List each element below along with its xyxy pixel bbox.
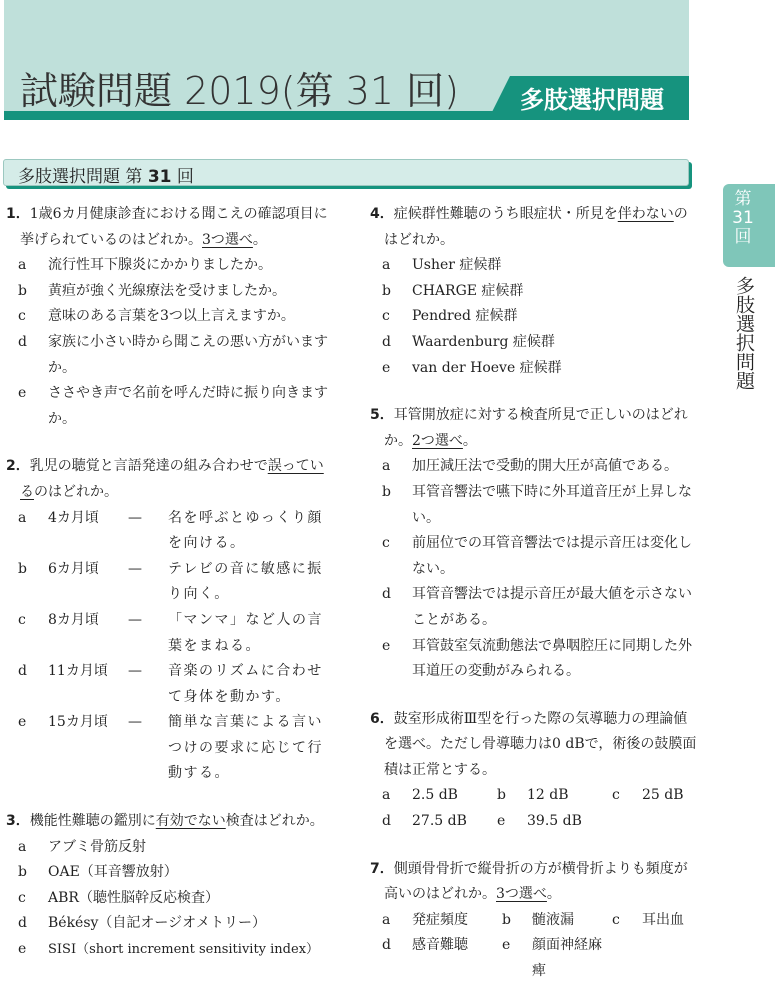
question-number: 5． bbox=[370, 407, 394, 423]
choice-text: 簡単な言葉による言いつけの要求に応じて行動する。 bbox=[168, 710, 336, 787]
choice: c耳出血 bbox=[612, 908, 712, 934]
choice-text: 名を呼ぶとゆっくり顔を向ける。 bbox=[168, 506, 336, 557]
choice-text: 家族に小さい時から聞こえの悪い方がいますか。 bbox=[48, 330, 336, 381]
question-stem: 3．機能性難聴の鑑別に有効でない検査はどれか。 bbox=[6, 809, 336, 835]
choice-letter: d bbox=[382, 582, 412, 633]
choice-text: 2.5 dB bbox=[412, 783, 458, 809]
choice-letter: e bbox=[18, 710, 48, 787]
choice-dash: — bbox=[128, 659, 168, 710]
choice: b6カ月頃—テレビの音に敏感に振り向く。 bbox=[18, 557, 336, 608]
choice: bCHARGE 症候群 bbox=[382, 279, 700, 305]
choice: d11カ月頃—音楽のリズムに合わせて身体を動かす。 bbox=[18, 659, 336, 710]
choice-letter: b bbox=[18, 279, 48, 305]
stem-text-end: 検査はどれか。 bbox=[226, 813, 324, 829]
choice-text: 発症頻度 bbox=[412, 908, 468, 934]
choice-dash: — bbox=[128, 608, 168, 659]
stem-emphasis: 有効でない bbox=[156, 813, 226, 829]
choice: cPendred 症候群 bbox=[382, 304, 700, 330]
choice: e耳管鼓室気流動態法で鼻咽腔圧に同期した外耳道圧の変動がみられる。 bbox=[382, 634, 700, 685]
choice-text: SISI（short increment sensitivity index） bbox=[48, 937, 336, 963]
choice-age: 4カ月頃 bbox=[48, 506, 128, 557]
stem-text: 鼓室形成術Ⅲ型を行った際の気導聴力の理論値を選べ。ただし骨導聴力は0 dBで，術… bbox=[384, 711, 696, 778]
choice-age: 8カ月頃 bbox=[48, 608, 128, 659]
choice-letter: d bbox=[18, 330, 48, 381]
choice-letter: c bbox=[612, 783, 642, 809]
choice: eSISI（short increment sensitivity index） bbox=[18, 937, 336, 963]
choice-text: 音楽のリズムに合わせて身体を動かす。 bbox=[168, 659, 336, 710]
question-3: 3．機能性難聴の鑑別に有効でない検査はどれか。 aアブミ骨筋反射 bOAE（耳音… bbox=[6, 809, 336, 963]
choice-text: Usher 症候群 bbox=[412, 253, 700, 279]
choice: aUsher 症候群 bbox=[382, 253, 700, 279]
choice-letter: b bbox=[497, 783, 527, 809]
section-heading: 多肢選択問題 第 31 回 bbox=[18, 162, 194, 187]
stem-text-end: 。 bbox=[253, 232, 267, 248]
choice-text: 27.5 dB bbox=[412, 809, 467, 835]
section-heading-suffix: 回 bbox=[177, 167, 194, 187]
side-tab-line: 31 bbox=[723, 209, 763, 228]
choice-text: ABR（聴性脳幹反応検査） bbox=[48, 886, 336, 912]
question-4: 4．症候群性難聴のうち眼症状・所見を伴わないのはどれか。 aUsher 症候群 … bbox=[370, 202, 700, 381]
choice-text: 前屈位での耳管音響法では提示音圧は変化しない。 bbox=[412, 531, 700, 582]
choice-text: 流行性耳下腺炎にかかりましたか。 bbox=[48, 253, 336, 279]
choice-text: Waardenburg 症候群 bbox=[412, 330, 700, 356]
choice-age: 6カ月頃 bbox=[48, 557, 128, 608]
choice-age: 15カ月頃 bbox=[48, 710, 128, 787]
choice: aアブミ骨筋反射 bbox=[18, 835, 336, 861]
choice: a2.5 dB bbox=[382, 783, 497, 809]
question-5: 5．耳管開放症に対する検査所見で正しいのはどれか。2つ選べ。 a加圧減圧法で受動… bbox=[370, 403, 700, 685]
choice-letter: d bbox=[18, 659, 48, 710]
stem-emphasis: 3つ選べ bbox=[202, 232, 253, 248]
stem-emphasis: 2つ選べ bbox=[412, 433, 463, 449]
choice: d家族に小さい時から聞こえの悪い方がいますか。 bbox=[18, 330, 336, 381]
choice-text: アブミ骨筋反射 bbox=[48, 835, 336, 861]
stem-text: 症候群性難聴のうち眼症状・所見を bbox=[394, 206, 618, 222]
choice-letter: e bbox=[18, 937, 48, 963]
choice-letter: a bbox=[18, 506, 48, 557]
choice-letter: e bbox=[382, 634, 412, 685]
question-stem: 6．鼓室形成術Ⅲ型を行った際の気導聴力の理論値を選べ。ただし骨導聴力は0 dBで… bbox=[370, 707, 700, 784]
choice-letter: e bbox=[497, 809, 527, 835]
question-number: 6． bbox=[370, 711, 394, 727]
choice: c意味のある言葉を3つ以上言えますか。 bbox=[18, 304, 336, 330]
choice-text: テレビの音に敏感に振り向く。 bbox=[168, 557, 336, 608]
choice-letter: d bbox=[382, 330, 412, 356]
right-column: 4．症候群性難聴のうち眼症状・所見を伴わないのはどれか。 aUsher 症候群 … bbox=[370, 202, 700, 999]
choice: c25 dB bbox=[612, 783, 712, 809]
question-2: 2．乳児の聴覚と言語発達の組み合わせで誤っているのはどれか。 a4カ月頃—名を呼… bbox=[6, 454, 336, 787]
choice-text: 黄疸が強く光線療法を受けましたか。 bbox=[48, 279, 336, 305]
choice-letter: d bbox=[382, 809, 412, 835]
choice: a4カ月頃—名を呼ぶとゆっくり顔を向ける。 bbox=[18, 506, 336, 557]
choice-letter: a bbox=[18, 835, 48, 861]
left-column: 1．1歳6カ月健康診査における聞こえの確認項目に挙げられているのはどれか。3つ選… bbox=[6, 202, 336, 977]
choice-text: 加圧減圧法で受動的開大圧が高値である。 bbox=[412, 454, 700, 480]
choice: d耳管音響法では提示音圧が最大値を示さないことがある。 bbox=[382, 582, 700, 633]
choice: c8カ月頃—「マンマ」など人の言葉をまねる。 bbox=[18, 608, 336, 659]
choice-grid: a発症頻度 b髄液漏 c耳出血 d感音難聴 e顔面神経麻痺 bbox=[382, 908, 700, 985]
choice-dash: — bbox=[128, 557, 168, 608]
question-stem: 7．側頭骨骨折で縦骨折の方が横骨折よりも頻度が高いのはどれか。3つ選べ。 bbox=[370, 857, 700, 908]
choice: b12 dB bbox=[497, 783, 612, 809]
stem-text: 乳児の聴覚と言語発達の組み合わせで bbox=[30, 458, 268, 474]
stem-text-end: 。 bbox=[547, 886, 561, 902]
choice-text: OAE（耳音響放射） bbox=[48, 860, 336, 886]
choice-letter: c bbox=[382, 531, 412, 582]
choice-letter: d bbox=[18, 911, 48, 937]
choice-letter: e bbox=[502, 933, 532, 984]
choice-letter: a bbox=[382, 908, 412, 934]
side-vertical-label: 多肢選択問題 bbox=[731, 276, 758, 390]
choice-letter: b bbox=[18, 860, 48, 886]
choice-letter: b bbox=[382, 279, 412, 305]
question-7: 7．側頭骨骨折で縦骨折の方が横骨折よりも頻度が高いのはどれか。3つ選べ。 a発症… bbox=[370, 857, 700, 985]
choice-text: 39.5 dB bbox=[527, 809, 582, 835]
choice-letter: e bbox=[18, 381, 48, 432]
page-title: 試験問題 2019(第 31 回) bbox=[20, 60, 459, 115]
stem-text-end: 。 bbox=[463, 433, 477, 449]
section-heading-number: 31 bbox=[148, 167, 172, 187]
question-number: 2． bbox=[6, 458, 30, 474]
choice-text: 耳管音響法では提示音圧が最大値を示さないことがある。 bbox=[412, 582, 700, 633]
side-index-tab-label: 第 31 回 bbox=[723, 190, 763, 247]
stem-text: 機能性難聴の鑑別に bbox=[30, 813, 156, 829]
choice-letter: c bbox=[612, 908, 642, 934]
question-number: 4． bbox=[370, 206, 394, 222]
choice-letter: c bbox=[18, 304, 48, 330]
choice-text: 12 dB bbox=[527, 783, 569, 809]
choice-grid: a2.5 dB b12 dB c25 dB d27.5 dB e39.5 dB bbox=[382, 783, 700, 834]
choice: evan der Hoeve 症候群 bbox=[382, 356, 700, 382]
choice-text: CHARGE 症候群 bbox=[412, 279, 700, 305]
choice: dBékésy（自記オージオメトリー） bbox=[18, 911, 336, 937]
choice: eささやき声で名前を呼んだ時に振り向きますか。 bbox=[18, 381, 336, 432]
choice: c前屈位での耳管音響法では提示音圧は変化しない。 bbox=[382, 531, 700, 582]
choice-letter: b bbox=[18, 557, 48, 608]
choice: b髄液漏 bbox=[502, 908, 612, 934]
choice-letter: a bbox=[382, 783, 412, 809]
choice-age: 11カ月頃 bbox=[48, 659, 128, 710]
stem-emphasis: 伴わない bbox=[618, 206, 674, 222]
choice-letter: c bbox=[382, 304, 412, 330]
choice-letter: c bbox=[18, 886, 48, 912]
choice: bOAE（耳音響放射） bbox=[18, 860, 336, 886]
choice-letter: e bbox=[382, 356, 412, 382]
choice-letter: a bbox=[382, 253, 412, 279]
choice: b耳管音響法で嚥下時に外耳道音圧が上昇しない。 bbox=[382, 480, 700, 531]
header-category-label: 多肢選択問題 bbox=[520, 80, 664, 115]
section-heading-prefix: 多肢選択問題 第 bbox=[18, 167, 142, 187]
choice-text: van der Hoeve 症候群 bbox=[412, 356, 700, 382]
question-stem: 4．症候群性難聴のうち眼症状・所見を伴わないのはどれか。 bbox=[370, 202, 700, 253]
choice: a発症頻度 bbox=[382, 908, 502, 934]
choice: dWaardenburg 症候群 bbox=[382, 330, 700, 356]
choice: e39.5 dB bbox=[497, 809, 612, 835]
choice-text: 顔面神経麻痺 bbox=[532, 933, 612, 984]
choice: e15カ月頃—簡単な言葉による言いつけの要求に応じて行動する。 bbox=[18, 710, 336, 787]
choice-letter: a bbox=[18, 253, 48, 279]
choice: a流行性耳下腺炎にかかりましたか。 bbox=[18, 253, 336, 279]
question-1: 1．1歳6カ月健康診査における聞こえの確認項目に挙げられているのはどれか。3つ選… bbox=[6, 202, 336, 432]
stem-emphasis: 3つ選べ bbox=[496, 886, 547, 902]
question-number: 7． bbox=[370, 861, 394, 877]
choice-text: Békésy（自記オージオメトリー） bbox=[48, 911, 336, 937]
choice-text: ささやき声で名前を呼んだ時に振り向きますか。 bbox=[48, 381, 336, 432]
choice: a加圧減圧法で受動的開大圧が高値である。 bbox=[382, 454, 700, 480]
question-stem: 2．乳児の聴覚と言語発達の組み合わせで誤っているのはどれか。 bbox=[6, 454, 336, 505]
choice: e顔面神経麻痺 bbox=[502, 933, 612, 984]
choice-text: 髄液漏 bbox=[532, 908, 574, 934]
choice-text: 耳管鼓室気流動態法で鼻咽腔圧に同期した外耳道圧の変動がみられる。 bbox=[412, 634, 700, 685]
choice: d感音難聴 bbox=[382, 933, 502, 984]
choice-letter: d bbox=[382, 933, 412, 984]
stem-text: 1歳6カ月健康診査における聞こえの確認項目に挙げられているのはどれか。 bbox=[20, 206, 328, 248]
choice-text: Pendred 症候群 bbox=[412, 304, 700, 330]
question-stem: 1．1歳6カ月健康診査における聞こえの確認項目に挙げられているのはどれか。3つ選… bbox=[6, 202, 336, 253]
choice-text: 感音難聴 bbox=[412, 933, 468, 984]
question-number: 1． bbox=[6, 206, 30, 222]
choice: d27.5 dB bbox=[382, 809, 497, 835]
stem-text-end: のはどれか。 bbox=[34, 484, 118, 500]
choice-text: 「マンマ」など人の言葉をまねる。 bbox=[168, 608, 336, 659]
choice-text: 耳管音響法で嚥下時に外耳道音圧が上昇しない。 bbox=[412, 480, 700, 531]
choice: b黄疸が強く光線療法を受けましたか。 bbox=[18, 279, 336, 305]
choice-text: 耳出血 bbox=[642, 908, 684, 934]
side-tab-line: 第 bbox=[723, 190, 763, 209]
side-tab-line: 回 bbox=[723, 228, 763, 247]
choice: cABR（聴性脳幹反応検査） bbox=[18, 886, 336, 912]
choice-letter: a bbox=[382, 454, 412, 480]
question-stem: 5．耳管開放症に対する検査所見で正しいのはどれか。2つ選べ。 bbox=[370, 403, 700, 454]
choice-letter: b bbox=[382, 480, 412, 531]
choice-text: 25 dB bbox=[642, 783, 684, 809]
question-6: 6．鼓室形成術Ⅲ型を行った際の気導聴力の理論値を選べ。ただし骨導聴力は0 dBで… bbox=[370, 707, 700, 835]
question-number: 3． bbox=[6, 813, 30, 829]
choice-dash: — bbox=[128, 710, 168, 787]
choice-dash: — bbox=[128, 506, 168, 557]
choice-letter: b bbox=[502, 908, 532, 934]
choice-text: 意味のある言葉を3つ以上言えますか。 bbox=[48, 304, 336, 330]
choice-letter: c bbox=[18, 608, 48, 659]
